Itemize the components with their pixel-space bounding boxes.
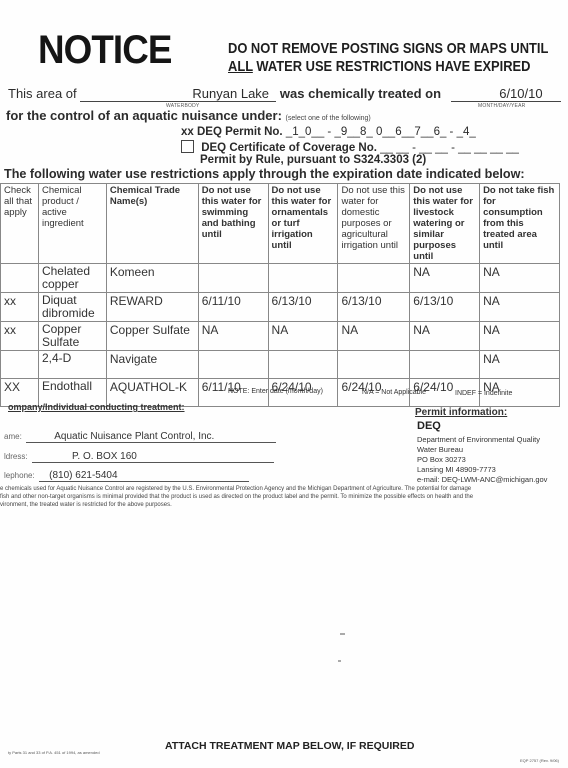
- date-caption: MONTH/DAY/YEAR: [478, 103, 525, 109]
- company-name: Aquatic Nuisance Plant Control, Inc.: [26, 431, 276, 443]
- permit-info-line: Lansing MI 48909-7773: [417, 465, 496, 474]
- company-address-row: ldress: P. O. BOX 160: [4, 446, 274, 464]
- permit-number: _1_0__ - _9__8_ 0__6__7__6_ - _4_: [286, 126, 476, 138]
- cell-domestic: [338, 351, 410, 379]
- company-phone: (810) 621-5404: [39, 470, 249, 482]
- permit-option: xx DEQ Permit No. _1_0__ - _9__8_ 0__6__…: [181, 126, 476, 138]
- warning-line-2: ALL WATER USE RESTRICTIONS HAVE EXPIRED: [228, 58, 530, 75]
- cell-trade: Copper Sulfate: [106, 322, 198, 351]
- cell-fish: NA: [480, 322, 560, 351]
- company-phone-row: lephone: (810) 621-5404: [4, 465, 249, 483]
- table-note: NOTE: Enter date (month/day): [228, 388, 323, 395]
- header-domestic: Do not use this water for domestic purpo…: [338, 184, 410, 264]
- notice-title: NOTICE: [38, 28, 172, 73]
- cell-swim: [198, 351, 268, 379]
- cell-swim: 6/11/10: [198, 293, 268, 322]
- permit-info-email[interactable]: e-mail: DEQ-LWM-ANC@michigan.gov: [417, 475, 547, 484]
- disclaimer-line: e chemicals used for Aquatic Nuisance Co…: [0, 486, 471, 492]
- header-swimming: Do not use this water for swimming and b…: [198, 184, 268, 264]
- disclaimer-line: vironment, the treated water is restrict…: [0, 502, 172, 508]
- scan-speck: [340, 633, 345, 635]
- cell-trade: REWARD: [106, 293, 198, 322]
- permit-info-heading: Permit information:: [415, 407, 507, 418]
- company-heading: ompany/Individual conducting treatment:: [8, 402, 185, 412]
- cell-trade: Komeen: [106, 264, 198, 293]
- table-row: Chelated copperKomeenNANA: [1, 264, 560, 293]
- cell-ornamental: 6/13/10: [268, 293, 338, 322]
- header-ornamentals: Do not use this water for ornamentals or…: [268, 184, 338, 264]
- company-address: P. O. BOX 160: [32, 451, 274, 463]
- permit-info-line: Water Bureau: [417, 445, 463, 454]
- cell-livestock: NA: [410, 322, 480, 351]
- certificate-label: DEQ Certificate of Coverage No.: [201, 142, 377, 154]
- treatment-line: This area of Runyan Lake was chemically …: [8, 86, 561, 102]
- area-label: This area of: [8, 86, 77, 101]
- na-legend: N/A = Not Applicable: [362, 389, 426, 396]
- cell-ornamental: [268, 351, 338, 379]
- cell-chemical: Chelated copper: [38, 264, 106, 293]
- cell-chemical: Copper Sulfate: [38, 322, 106, 351]
- header-fish: Do not take fish for consumption from th…: [480, 184, 560, 264]
- permit-check-mark[interactable]: xx: [181, 126, 194, 138]
- control-note: (select one of the following): [286, 115, 371, 122]
- cell-chemical: Diquat dibromide: [38, 293, 106, 322]
- table-header-row: Check all that apply Chemical product / …: [1, 184, 560, 264]
- certificate-number: __ __ - __ __ - __ __ __ __: [380, 142, 519, 154]
- cell-domestic: NA: [338, 322, 410, 351]
- header-trade-name: Chemical Trade Name(s): [106, 184, 198, 264]
- cell-check[interactable]: [1, 351, 39, 379]
- waterbody-field: Runyan Lake: [80, 86, 276, 102]
- header-check: Check all that apply: [1, 184, 39, 264]
- company-name-row: ame: Aquatic Nuisance Plant Control, Inc…: [4, 426, 276, 444]
- cell-check[interactable]: xx: [1, 293, 39, 322]
- treated-label: was chemically treated on: [280, 86, 441, 101]
- scan-speck: [338, 660, 341, 662]
- attach-map-instruction: ATTACH TREATMENT MAP BELOW, IF REQUIRED: [165, 740, 414, 752]
- permit-label: DEQ Permit No.: [197, 126, 283, 138]
- cell-swim: NA: [198, 322, 268, 351]
- indef-legend: INDEF = Indefinite: [455, 390, 512, 397]
- table-row: xxCopper SulfateCopper SulfateNANANANANA: [1, 322, 560, 351]
- cell-fish: NA: [480, 351, 560, 379]
- cell-ornamental: [268, 264, 338, 293]
- cell-fish: NA: [480, 293, 560, 322]
- cell-livestock: 6/13/10: [410, 293, 480, 322]
- permit-info-line: PO Box 30273: [417, 455, 466, 464]
- warning-line-1: DO NOT REMOVE POSTING SIGNS OR MAPS UNTI…: [228, 40, 548, 57]
- table-row: xxDiquat dibromideREWARD6/11/106/13/106/…: [1, 293, 560, 322]
- cell-domestic: [338, 264, 410, 293]
- cell-domestic: 6/13/10: [338, 293, 410, 322]
- cell-livestock: NA: [410, 264, 480, 293]
- permit-info-line: Department of Environmental Quality: [417, 435, 540, 444]
- table-row: 2,4-DNavigateNA: [1, 351, 560, 379]
- restrictions-heading: The following water use restrictions app…: [4, 166, 525, 181]
- warning-all: ALL: [228, 58, 253, 75]
- footer-form-id: EQP 2757 (Rev. 9/06): [520, 758, 559, 763]
- header-livestock: Do not use this water for livestock wate…: [410, 184, 480, 264]
- cell-check[interactable]: [1, 264, 39, 293]
- certificate-checkbox[interactable]: [181, 140, 194, 153]
- disclaimer-line: fish and other non-target organisms is m…: [0, 494, 473, 500]
- cell-fish: NA: [480, 264, 560, 293]
- phone-label: lephone:: [4, 471, 35, 480]
- cell-chemical: 2,4-D: [38, 351, 106, 379]
- header-chemical: Chemical product / active ingredient: [38, 184, 106, 264]
- cell-ornamental: NA: [268, 322, 338, 351]
- warning-line-2-rest: WATER USE RESTRICTIONS HAVE EXPIRED: [253, 58, 531, 75]
- address-label: ldress:: [4, 452, 28, 461]
- name-label: ame:: [4, 432, 22, 441]
- footer-authority: ty Parts 31 and 33 of P.A. 451 of 1994, …: [8, 750, 100, 755]
- control-label: for the control of an aquatic nuisance u…: [6, 108, 282, 123]
- deq-logo: DEQ: [417, 420, 441, 432]
- cell-livestock: [410, 351, 480, 379]
- cell-check[interactable]: xx: [1, 322, 39, 351]
- cell-swim: [198, 264, 268, 293]
- certificate-option: DEQ Certificate of Coverage No. __ __ - …: [181, 140, 519, 154]
- permit-by-rule: Permit by Rule, pursuant to S324.3303 (2…: [200, 154, 426, 166]
- control-line: for the control of an aquatic nuisance u…: [6, 108, 371, 123]
- treatment-date-field: 6/10/10: [451, 86, 561, 102]
- cell-trade: Navigate: [106, 351, 198, 379]
- restrictions-table: Check all that apply Chemical product / …: [0, 183, 560, 407]
